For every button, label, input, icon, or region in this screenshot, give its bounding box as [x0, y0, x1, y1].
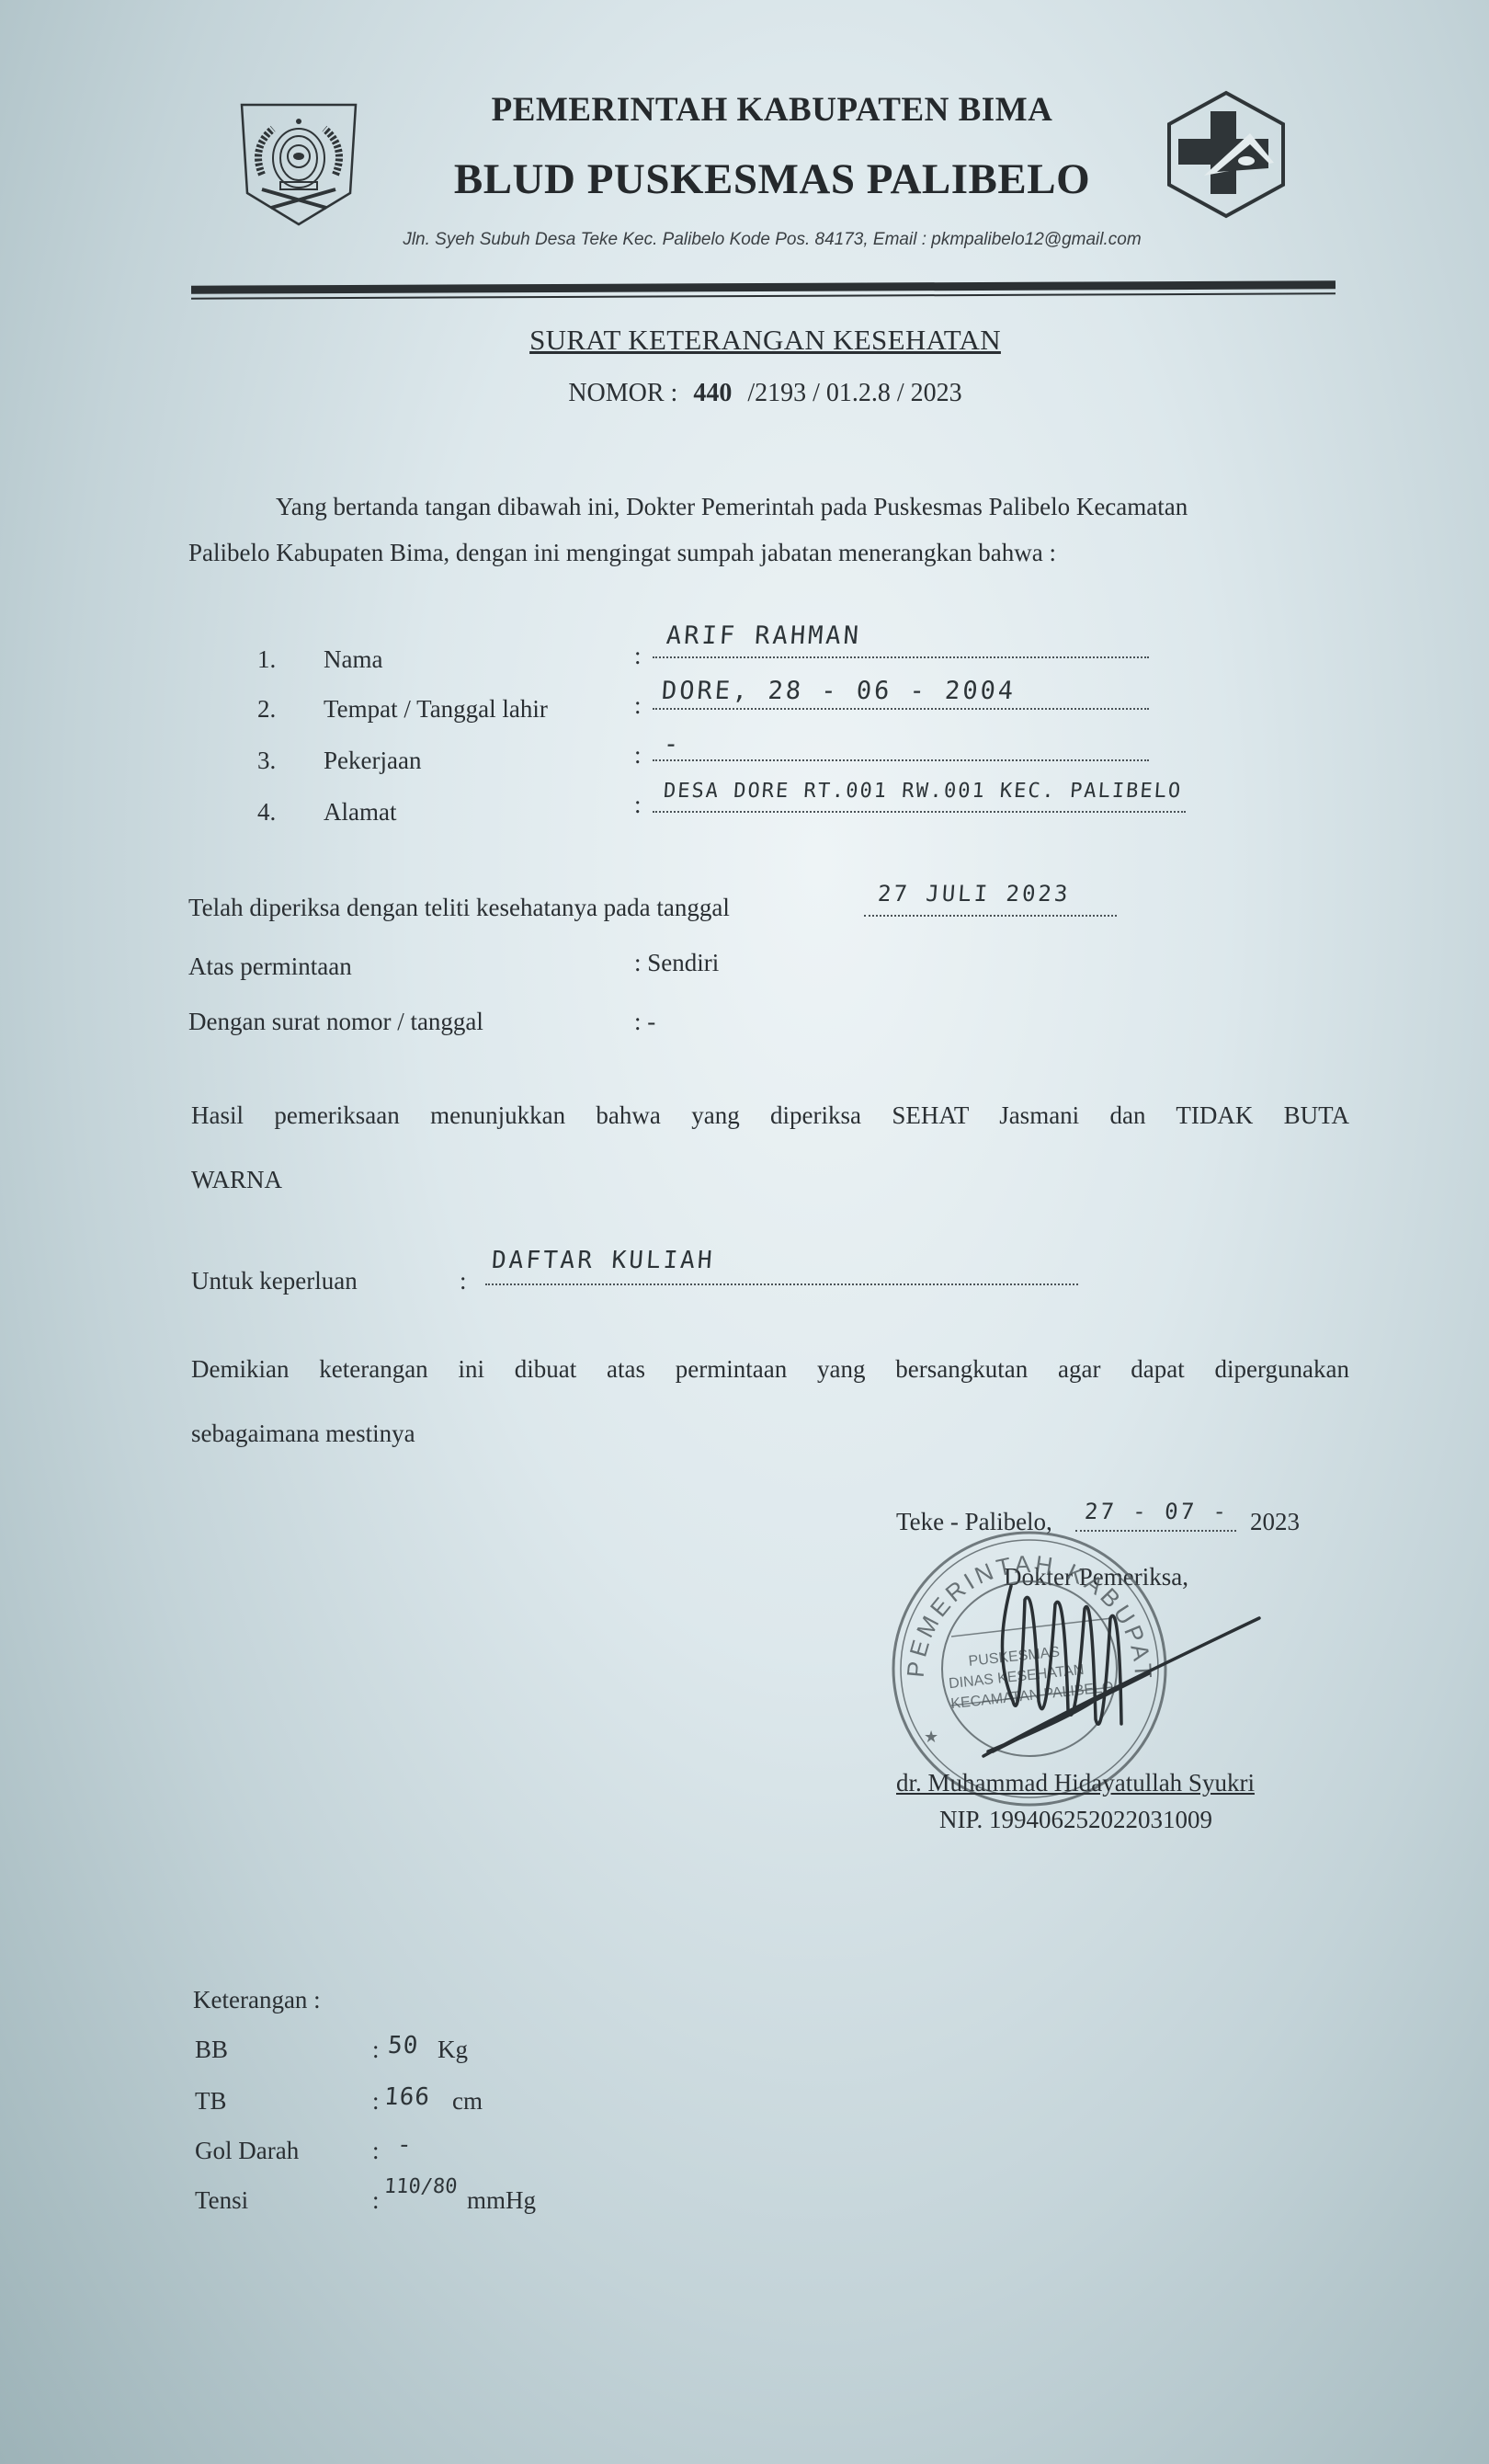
colon: : [634, 791, 642, 819]
letter-value: : - [634, 1010, 655, 1034]
identity-num: 1. [257, 645, 276, 674]
note-unit-bb: Kg [438, 2036, 468, 2064]
puskesmas-cross-hexagon-icon [1160, 87, 1293, 221]
result-line-1: Hasil pemeriksaan menunjukkan bahwa yang… [191, 1103, 1349, 1128]
closing-line-2: sebagaimana mestinya [191, 1421, 415, 1446]
note-unit-tb: cm [452, 2087, 483, 2116]
fill-line [653, 759, 1149, 761]
identity-num: 2. [257, 695, 276, 724]
kabupaten-bima-emblem-icon [234, 101, 363, 230]
letter-label: Dengan surat nomor / tanggal [188, 1010, 483, 1034]
identity-value-ttl: DORE, 28 - 06 - 2004 [661, 677, 1017, 705]
header-divider-thin [191, 292, 1336, 299]
colon: : [372, 2137, 380, 2165]
colon: : [634, 691, 642, 720]
signature-date: 27 - 07 - [1084, 1499, 1230, 1524]
request-label: Atas permintaan [188, 954, 352, 979]
identity-label-pekerjaan: Pekerjaan [324, 747, 421, 775]
health-certificate-document: PEMERINTAH KABUPATEN BIMA BLUD PUSKESMAS… [0, 0, 1489, 2464]
colon: : [372, 2186, 380, 2215]
examined-date: 27 JULI 2023 [877, 881, 1071, 907]
signature-year: 2023 [1250, 1510, 1300, 1534]
identity-label-nama: Nama [324, 645, 382, 674]
note-value-goldarah: - [396, 2131, 415, 2159]
document-number-value: 440 [693, 379, 732, 407]
identity-value-pekerjaan: - [663, 730, 682, 759]
examined-label: Telah diperiksa dengan teliti kesehatany… [188, 895, 730, 920]
request-value: : Sendiri [634, 951, 719, 975]
document-number: NOMOR : 440 /2193 / 01.2.8 / 2023 [0, 379, 1489, 408]
identity-value-alamat: DESA DORE RT.001 RW.001 KEC. PALIBELO [663, 780, 1183, 803]
purpose-value: DAFTAR KULIAH [491, 1247, 716, 1274]
note-unit-tensi: mmHg [467, 2186, 536, 2215]
result-line-2: WARNA [191, 1168, 282, 1192]
note-label-tensi: Tensi [195, 2186, 248, 2215]
colon: : [372, 2087, 380, 2116]
closing-line-1: Demikian keterangan ini dibuat atas perm… [191, 1357, 1349, 1382]
note-label-bb: BB [195, 2036, 228, 2064]
purpose-label: Untuk keperluan [191, 1269, 358, 1294]
document-title: SURAT KETERANGAN KESEHATAN [0, 324, 1489, 357]
note-value-bb: 50 [387, 2032, 419, 2059]
identity-value-nama: ARIF RAHMAN [665, 622, 862, 650]
note-value-tensi: 110/80 [383, 2175, 458, 2198]
colon: : [372, 2036, 380, 2064]
colon: : [634, 642, 642, 670]
doctor-nip: NIP. 199406252022031009 [939, 1808, 1212, 1832]
intro-line-1: Yang bertanda tangan dibawah ini, Dokter… [276, 495, 1188, 519]
identity-num: 3. [257, 747, 276, 775]
note-label-goldarah: Gol Darah [195, 2137, 299, 2165]
institution-address: Jln. Syeh Subuh Desa Teke Kec. Palibelo … [303, 230, 1241, 250]
doctor-name: dr. Muhammad Hidayatullah Syukri [896, 1771, 1255, 1796]
identity-label-ttl: Tempat / Tanggal lahir [324, 695, 548, 724]
svg-text:★: ★ [924, 1728, 938, 1746]
fill-line [864, 915, 1117, 917]
fill-line [653, 656, 1149, 658]
intro-line-2: Palibelo Kabupaten Bima, dengan ini meng… [188, 541, 1056, 565]
purpose-colon: : [460, 1269, 467, 1294]
fill-line [653, 811, 1186, 813]
government-name: PEMERINTAH KABUPATEN BIMA [460, 90, 1085, 130]
fill-line [653, 708, 1149, 710]
handwritten-signature-icon [956, 1563, 1268, 1774]
header-divider-thick [191, 280, 1336, 293]
identity-num: 4. [257, 798, 276, 827]
fill-line [485, 1283, 1078, 1285]
institution-name: BLUD PUSKESMAS PALIBELO [441, 154, 1103, 204]
note-value-tb: 166 [383, 2083, 431, 2111]
document-number-rest: /2193 / 01.2.8 / 2023 [747, 379, 961, 407]
document-number-label: NOMOR : [568, 379, 677, 407]
note-label-tb: TB [195, 2087, 227, 2116]
identity-label-alamat: Alamat [324, 798, 396, 827]
notes-heading: Keterangan : [193, 1986, 321, 2014]
colon: : [634, 741, 642, 770]
